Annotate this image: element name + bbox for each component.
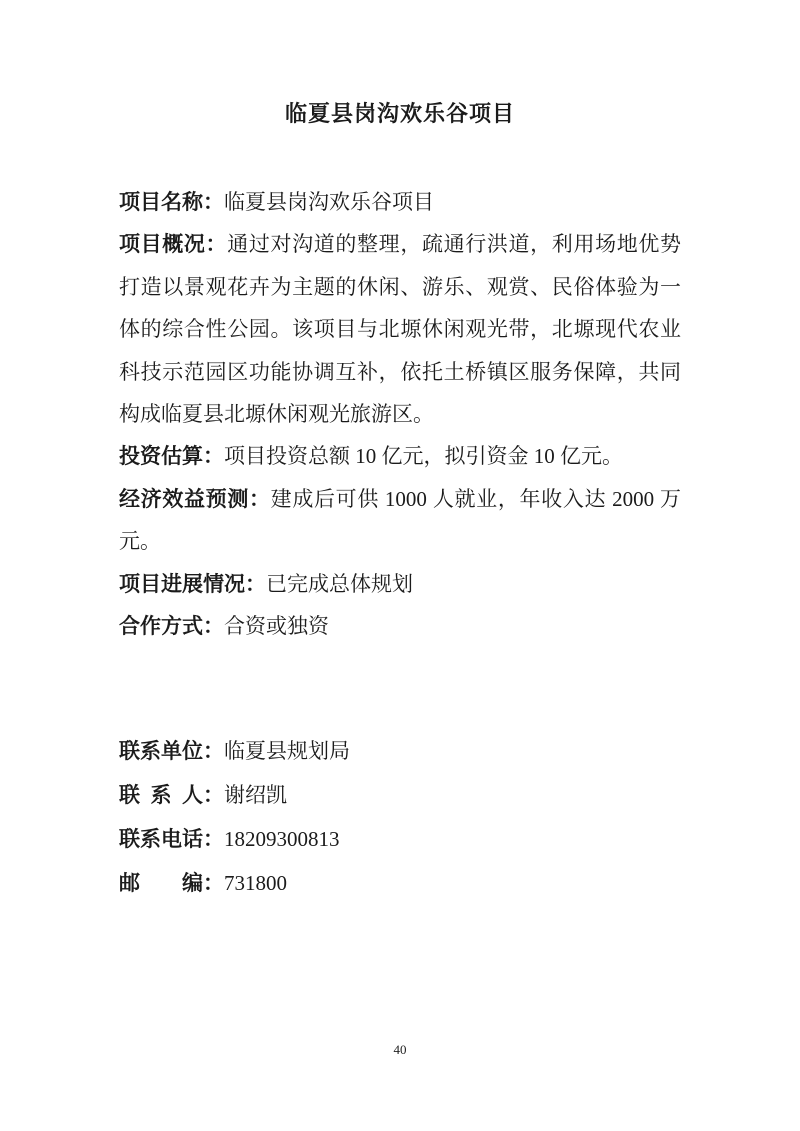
- field-label: 项目名称：: [119, 190, 224, 214]
- page-number: 40: [0, 1042, 800, 1058]
- document-page: 临夏县岗沟欢乐谷项目 项目名称：临夏县岗沟欢乐谷项目 项目概况：通过对沟道的整理…: [0, 0, 800, 1131]
- field-value: 体的综合性公园。该项目与北塬休闲观光带，北塬现代农业: [119, 317, 681, 341]
- field-cooperation-mode: 合作方式：合资或独资: [119, 605, 681, 647]
- contact-value: 谢绍凯: [224, 783, 287, 807]
- project-details-section: 项目名称：临夏县岗沟欢乐谷项目 项目概况：通过对沟道的整理，疏通行洪道，利用场地…: [119, 181, 681, 647]
- field-value: 元。: [119, 529, 161, 553]
- field-value: 已完成总体规划: [266, 572, 413, 596]
- field-label: 项目概况：: [119, 232, 227, 256]
- field-label: 项目进展情况：: [119, 572, 266, 596]
- contact-person: 联系人：谢绍凯: [119, 773, 681, 817]
- overview-continuation-line: 打造以景观花卉为主题的休闲、游乐、观赏、民俗体验为一: [119, 266, 681, 308]
- field-value: 构成临夏县北塬休闲观光旅游区。: [119, 402, 434, 426]
- contact-section: 联系单位：临夏县规划局 联系人：谢绍凯 联系电话：18209300813 邮编：…: [119, 729, 681, 905]
- field-value: 建成后可供 1000 人就业，年收入达 2000 万: [271, 487, 681, 511]
- field-value: 临夏县岗沟欢乐谷项目: [224, 190, 434, 214]
- contact-unit: 联系单位：临夏县规划局: [119, 729, 681, 773]
- field-value: 科技示范园区功能协调互补，依托土桥镇区服务保障，共同: [119, 360, 681, 384]
- overview-continuation-line: 体的综合性公园。该项目与北塬休闲观光带，北塬现代农业: [119, 308, 681, 350]
- contact-postal-code: 邮编：731800: [119, 861, 681, 905]
- contact-label: 联系单位: [119, 729, 203, 773]
- overview-continuation-line: 构成临夏县北塬休闲观光旅游区。: [119, 393, 681, 435]
- contact-value: 731800: [224, 871, 287, 895]
- field-project-progress: 项目进展情况：已完成总体规划: [119, 563, 681, 605]
- field-overview: 项目概况：通过对沟道的整理，疏通行洪道，利用场地优势: [119, 223, 681, 265]
- overview-continuation-line: 科技示范园区功能协调互补，依托土桥镇区服务保障，共同: [119, 351, 681, 393]
- field-label: 投资估算：: [119, 444, 224, 468]
- contact-value: 18209300813: [224, 827, 340, 851]
- contact-label: 邮编: [119, 861, 203, 905]
- field-value: 通过对沟道的整理，疏通行洪道，利用场地优势: [227, 232, 681, 256]
- economic-benefit-continuation-line: 元。: [119, 520, 681, 562]
- contact-label: 联系人: [119, 773, 203, 817]
- field-project-name: 项目名称：临夏县岗沟欢乐谷项目: [119, 181, 681, 223]
- field-investment-estimate: 投资估算：项目投资总额 10 亿元，拟引资金 10 亿元。: [119, 435, 681, 477]
- contact-colon: ：: [203, 871, 224, 895]
- field-economic-benefit: 经济效益预测：建成后可供 1000 人就业，年收入达 2000 万: [119, 478, 681, 520]
- field-value: 项目投资总额 10 亿元，拟引资金 10 亿元。: [224, 444, 623, 468]
- contact-colon: ：: [203, 739, 224, 763]
- contact-phone: 联系电话：18209300813: [119, 817, 681, 861]
- contact-colon: ：: [203, 827, 224, 851]
- field-value: 合资或独资: [224, 614, 329, 638]
- contact-colon: ：: [203, 783, 224, 807]
- field-label: 经济效益预测：: [119, 487, 271, 511]
- field-label: 合作方式：: [119, 614, 224, 638]
- contact-label: 联系电话: [119, 817, 203, 861]
- field-value: 打造以景观花卉为主题的休闲、游乐、观赏、民俗体验为一: [119, 275, 681, 299]
- contact-value: 临夏县规划局: [224, 739, 350, 763]
- document-title: 临夏县岗沟欢乐谷项目: [0, 101, 800, 127]
